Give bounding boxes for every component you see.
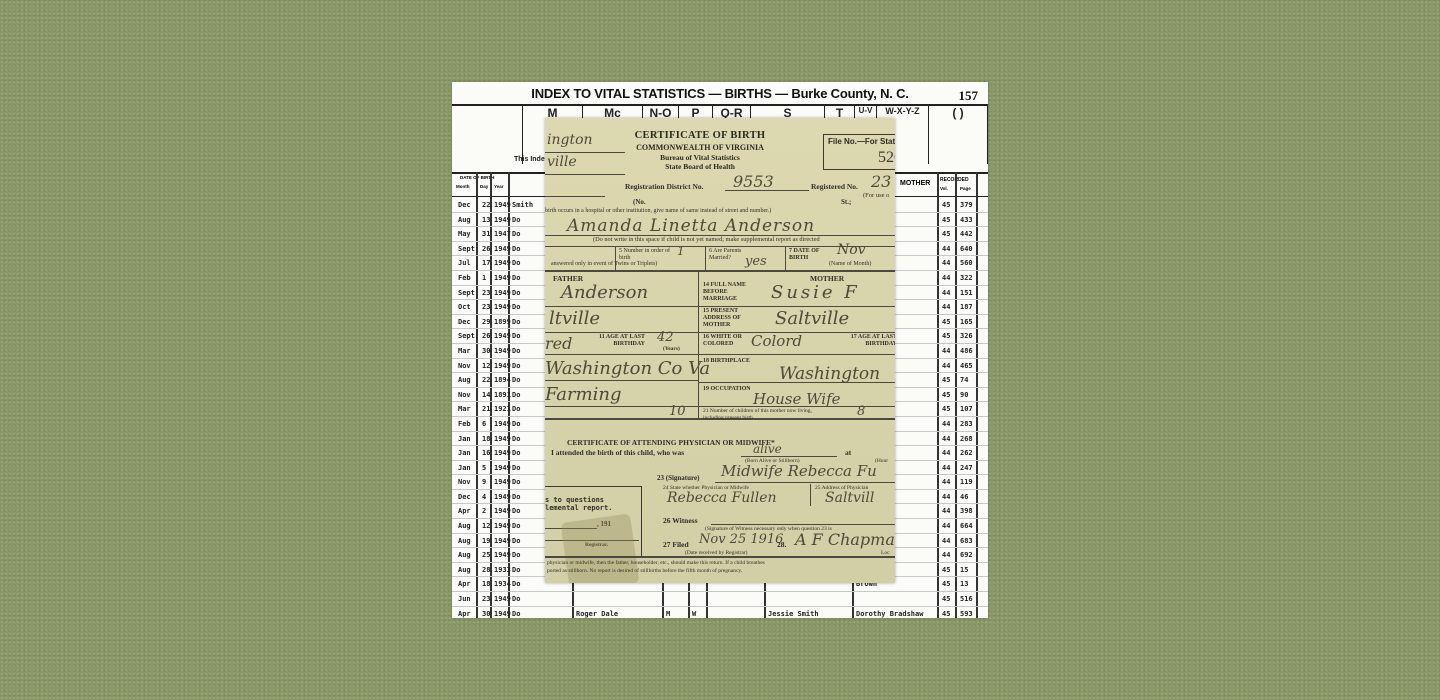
rule bbox=[810, 484, 811, 506]
supplemental-note: lemental report. bbox=[545, 504, 612, 512]
questions-note: s to questions bbox=[545, 496, 604, 504]
twins-note: answered only in event of Twins or Tripl… bbox=[551, 261, 657, 267]
place-handwriting-2: ville bbox=[547, 154, 577, 170]
letter-col: ( ) bbox=[928, 104, 988, 164]
mother-race-value: Colord bbox=[751, 332, 802, 350]
index-page-number: 157 bbox=[959, 88, 979, 104]
mother-birthplace-value: Washington bbox=[779, 364, 880, 384]
father-residence-value: ltville bbox=[549, 308, 600, 329]
witness-label: 26 Witness bbox=[663, 516, 698, 525]
mother-age-label: 17 AGE AT LAST BIRTHDAY bbox=[837, 334, 895, 348]
filed-label: 27 Filed bbox=[663, 540, 689, 549]
rule bbox=[698, 354, 895, 355]
rule bbox=[545, 556, 895, 558]
birth-certificate: CERTIFICATE OF BIRTH COMMONWEALTH OF VIR… bbox=[545, 118, 895, 583]
header-mother: MOTHER bbox=[900, 180, 930, 187]
at-label: at bbox=[845, 448, 851, 457]
rule bbox=[705, 246, 706, 270]
rule bbox=[545, 332, 698, 333]
footer-line-1: physician or midwife, then the father, h… bbox=[547, 560, 765, 566]
header-vol: Vol. bbox=[940, 186, 948, 191]
rule bbox=[545, 354, 698, 355]
index-note: This Index bbox=[514, 156, 549, 163]
rule bbox=[545, 152, 625, 153]
header-page: Page bbox=[960, 186, 971, 191]
order-of-birth-value: 1 bbox=[677, 244, 685, 258]
registered-number-value: 23 bbox=[871, 172, 891, 191]
hospital-note: birth occurs in a hospital or other inst… bbox=[545, 208, 771, 214]
father-age-value: 42 bbox=[657, 330, 674, 345]
physician-header: CERTIFICATE OF ATTENDING PHYSICIAN OR MI… bbox=[567, 438, 775, 447]
registration-district-label: Registration District No. bbox=[625, 182, 704, 191]
header-year: Year bbox=[494, 184, 504, 189]
signature-label: 23 (Signature) bbox=[657, 474, 699, 482]
children-living-label: 21 Number of children of this mother now… bbox=[703, 408, 833, 421]
child-name-value: Amanda Linetta Anderson bbox=[567, 216, 815, 236]
attended-text: I attended the birth of this child, who … bbox=[551, 448, 684, 457]
registered-number-label: Registered No. bbox=[811, 182, 858, 191]
mother-birthplace-label: 18 BIRTHPLACE bbox=[703, 358, 750, 364]
children-living-value: 8 bbox=[857, 404, 865, 419]
child-name-note: (Do not write in this space if child is … bbox=[593, 236, 820, 243]
mother-race-label: 16 WHITE OR COLORED bbox=[703, 334, 753, 348]
street-label: St.; bbox=[841, 198, 851, 206]
for-use-note: (For use o bbox=[863, 192, 889, 199]
father-birthplace-value: Washington Co Va bbox=[545, 358, 710, 379]
certificate-board: State Board of Health bbox=[545, 162, 855, 171]
rule bbox=[785, 246, 786, 270]
month-note: (Name of Month) bbox=[829, 261, 871, 267]
rule bbox=[711, 524, 895, 525]
rule bbox=[545, 196, 605, 197]
years-note: (Years) bbox=[663, 346, 680, 352]
rule bbox=[698, 406, 895, 407]
physician-address-value: Saltvill bbox=[825, 490, 874, 506]
rule bbox=[741, 456, 837, 457]
father-name-value: Anderson bbox=[561, 282, 648, 303]
physician-or-midwife-value: Rebecca Fullen bbox=[667, 490, 777, 506]
date-of-birth-value: Nov bbox=[837, 242, 866, 258]
mother-occupation-label: 19 OCCUPATION bbox=[703, 386, 751, 392]
file-number-box: File No.—For State 526 bbox=[823, 134, 895, 170]
registrar-number: 28. bbox=[777, 540, 786, 549]
attended-value: alive bbox=[753, 442, 782, 456]
rule bbox=[698, 382, 895, 383]
rule bbox=[545, 380, 698, 381]
registration-district-value: 9553 bbox=[733, 172, 774, 191]
parents-married-value: yes bbox=[745, 254, 767, 269]
mother-address-value: Saltville bbox=[775, 308, 849, 329]
children-born-value: 10 bbox=[669, 404, 686, 419]
father-age-label: 11 AGE AT LAST BIRTHDAY bbox=[581, 334, 645, 348]
file-number-label: File No.—For State bbox=[828, 137, 895, 146]
filed-value: Nov 25 1916 bbox=[699, 532, 783, 547]
footer-line-2: ported as stillborn. No report is desire… bbox=[547, 568, 742, 574]
index-title: INDEX TO VITAL STATISTICS — BIRTHS — Bur… bbox=[452, 86, 988, 101]
place-handwriting-1: ington bbox=[547, 132, 593, 148]
rule bbox=[698, 306, 895, 307]
table-row: Apr301949DoRoger DaleMWJessie SmithDorot… bbox=[452, 607, 988, 618]
file-number-value: 526 bbox=[878, 149, 895, 167]
header-month: Month bbox=[456, 184, 470, 189]
header-day: Day bbox=[480, 184, 488, 189]
rule bbox=[698, 270, 699, 418]
mother-fullname-label: 14 FULL NAME BEFORE MARRIAGE bbox=[703, 282, 753, 303]
registrar-signature: A F Chapman bbox=[795, 530, 895, 549]
mother-fullname-value: Susie F bbox=[771, 282, 860, 303]
certificate-bureau: Bureau of Vital Statistics bbox=[545, 153, 855, 162]
address-number-label: (No. bbox=[633, 198, 646, 206]
rule bbox=[725, 190, 809, 191]
father-race-value: red bbox=[545, 334, 572, 353]
rule bbox=[545, 306, 698, 307]
rule bbox=[545, 270, 895, 272]
rule bbox=[715, 482, 895, 483]
rule bbox=[545, 174, 625, 175]
mother-address-label: 15 PRESENT ADDRESS OF MOTHER bbox=[703, 308, 753, 329]
order-of-birth-label: 5 Number in order of birth bbox=[619, 248, 679, 262]
date-of-birth-label: 7 DATE OF BIRTH bbox=[789, 248, 829, 262]
signature-value: Midwife Rebecca Fu bbox=[721, 462, 877, 480]
father-occupation-value: Farming bbox=[545, 384, 622, 405]
table-row: Jun231949Do45516 bbox=[452, 592, 988, 607]
